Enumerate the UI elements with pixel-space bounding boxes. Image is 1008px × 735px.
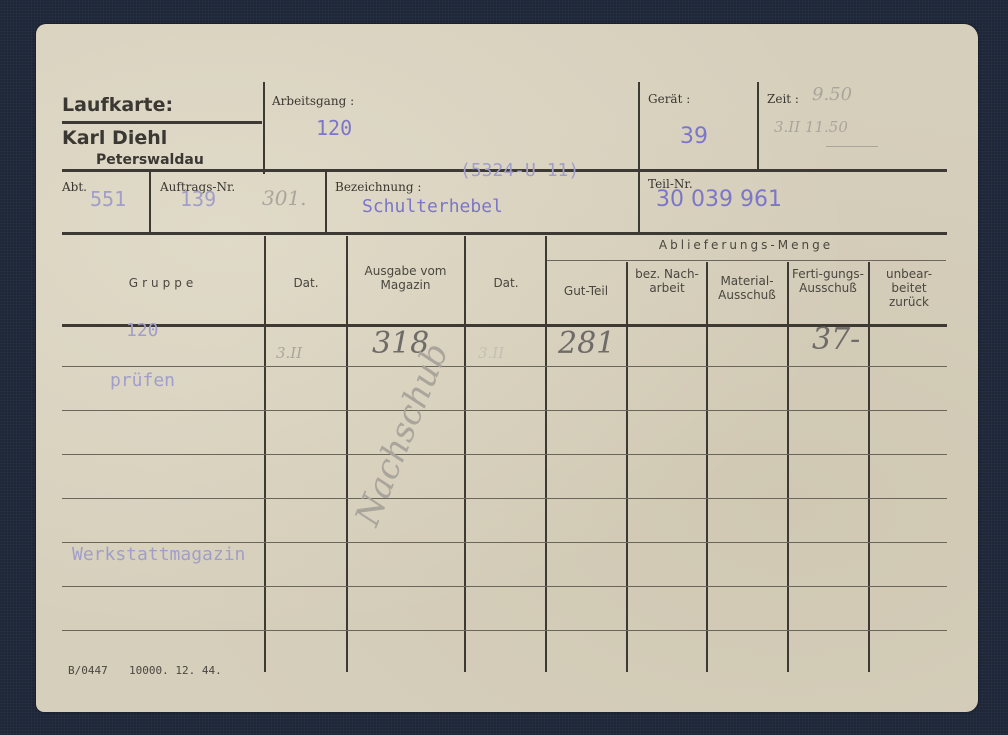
pencil-underline (826, 146, 878, 147)
geraet-value: 39 (680, 124, 708, 149)
divider (263, 82, 265, 174)
col-ausgabe: Ausgabe vom Magazin (348, 264, 463, 292)
divider (757, 82, 759, 170)
rule-line (62, 630, 947, 631)
rule-line (62, 498, 947, 499)
col-dat-1: Dat. (266, 276, 346, 290)
auftrags-note: 301. (262, 186, 307, 210)
divider (787, 262, 789, 672)
form-number: B/0447 (68, 664, 108, 677)
divider (638, 82, 640, 232)
bezeichnung-value: Schulterhebel (362, 196, 503, 217)
col-nacharbeit: bez. Nach-arbeit (628, 267, 706, 295)
divider (706, 262, 708, 672)
divider (62, 121, 262, 124)
rule-line (62, 454, 947, 455)
gruppe-value: 120 (126, 320, 159, 341)
col-gruppe: Gruppe (62, 276, 264, 290)
job-card: Laufkarte: Karl Diehl Peterswaldau Arbei… (36, 24, 978, 712)
dat-2-value: 3.II (478, 344, 504, 362)
abt-value: 551 (90, 187, 126, 211)
divider (546, 260, 946, 261)
arbeitsgang-value: 120 (316, 116, 352, 140)
card-title: Laufkarte: (62, 94, 173, 116)
gut-teil-value: 281 (558, 326, 615, 361)
col-gut-teil: Gut-Teil (546, 284, 626, 298)
company-location: Peterswaldau (96, 152, 204, 168)
bezeichnung-label: Bezeichnung : (335, 180, 421, 194)
rule-line (62, 410, 947, 411)
zeit-label: Zeit : (767, 92, 799, 106)
divider (325, 172, 327, 234)
geraet-label: Gerät : (648, 92, 690, 106)
print-run: 10000. 12. 44. (129, 664, 222, 677)
divider (62, 232, 947, 235)
arbeitsgang-label: Arbeitsgang : (272, 94, 354, 108)
gruppe-action: prüfen (110, 370, 175, 391)
teil-value: 30 039 961 (656, 187, 782, 212)
divider (626, 262, 628, 672)
zeit-value-2: 3.II 11.50 (774, 118, 848, 136)
fertigungs-ausschuss-value: 37- (812, 322, 860, 357)
bezeichnung-ref: (5324-U 11) (460, 160, 579, 181)
company-name: Karl Diehl (62, 127, 167, 149)
auftrags-value: 139 (180, 187, 216, 211)
ablieferungs-menge-header: Ablieferungs-Menge (546, 238, 946, 252)
rule-line (62, 366, 947, 367)
rule-line (62, 586, 947, 587)
abt-label: Abt. (62, 180, 87, 194)
col-dat-2: Dat. (466, 276, 546, 290)
rule-line (62, 542, 947, 543)
dat-1-value: 3.II (276, 344, 302, 362)
col-fertigungs-ausschuss: Ferti-gungs-Ausschuß (788, 267, 868, 295)
divider (868, 262, 870, 672)
zeit-value-1: 9.50 (812, 84, 852, 105)
col-unbearbeitet: unbear-beitet zurück (870, 267, 948, 309)
col-material-ausschuss: Material-Ausschuß (708, 274, 786, 302)
divider (149, 172, 151, 234)
destination: Werkstattmagazin (72, 544, 245, 565)
